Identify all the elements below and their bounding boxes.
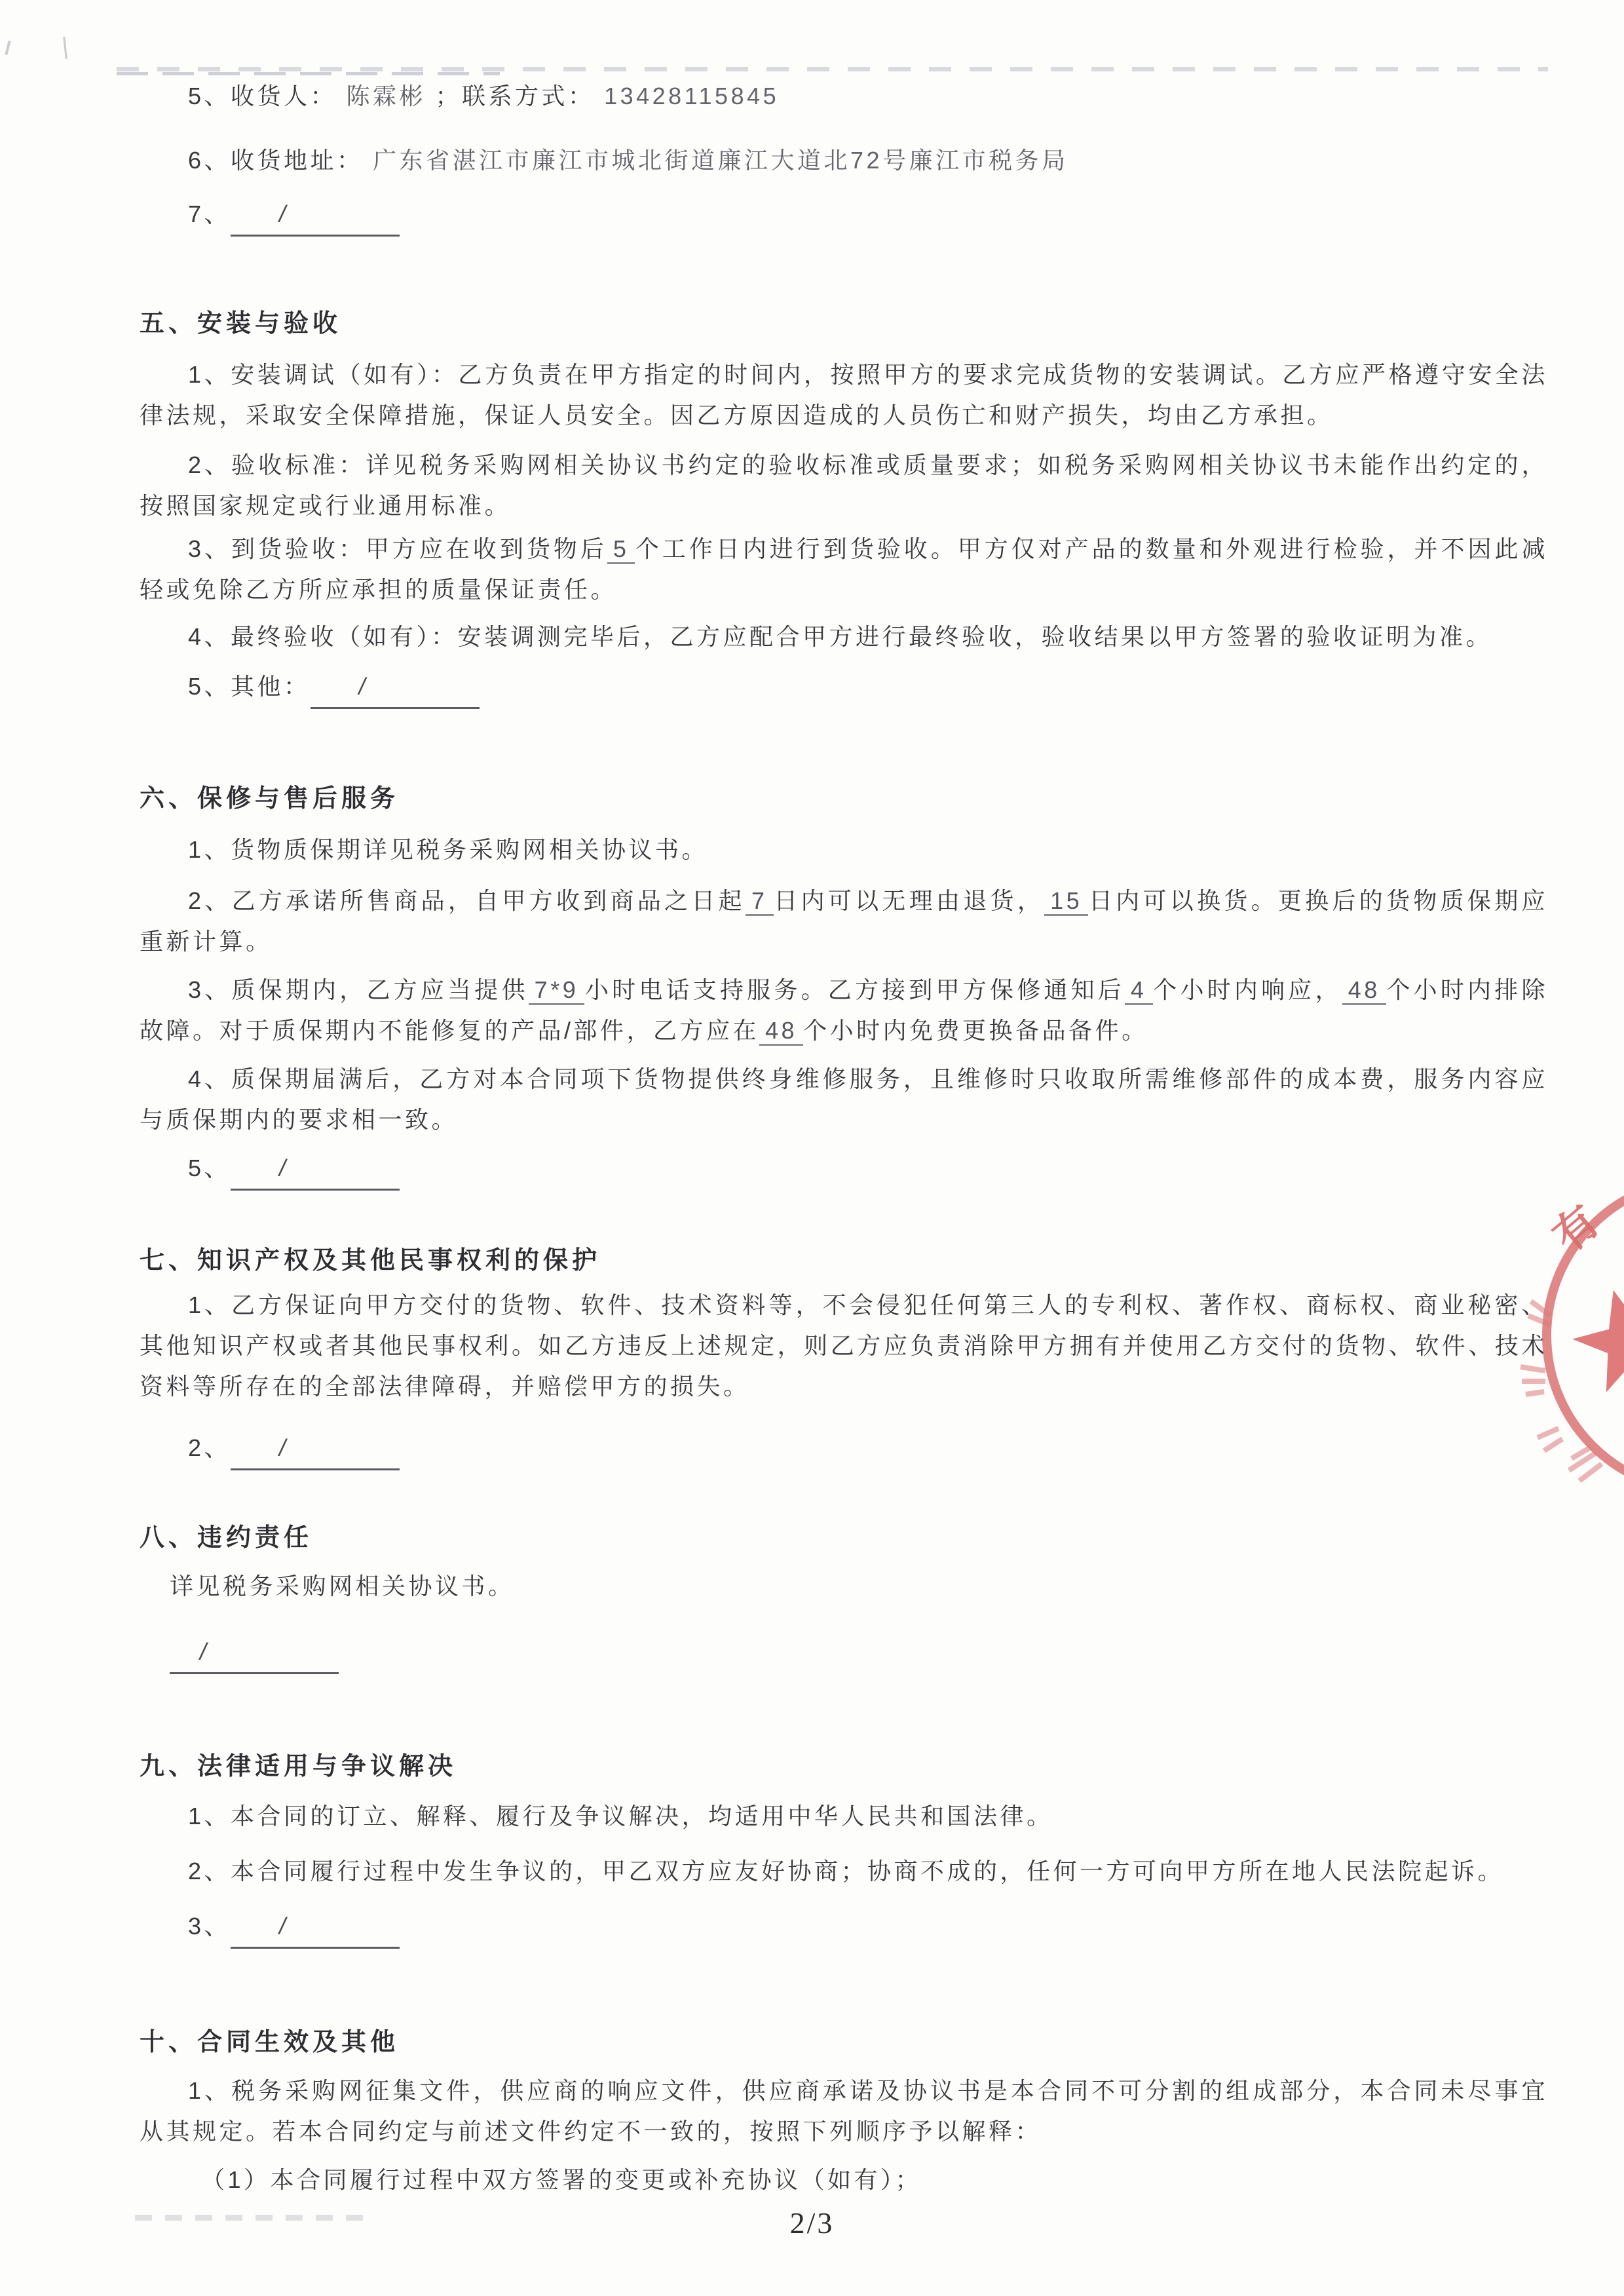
clause-paragraph: 1、本合同的订立、解释、履行及争议解决，均适用中华人民共和国法律。: [140, 1796, 1548, 1837]
clause-paragraph: 3、到货验收：甲方应在收到货物后5个工作日内进行到货验收。甲方仅对产品的数量和外…: [140, 529, 1548, 610]
seal-char: 有: [1543, 1196, 1608, 1261]
blank-fill-line: /: [231, 1428, 400, 1470]
clause-paragraph: 3、质保期内，乙方应当提供7*9小时电话支持服务。乙方接到甲方保修通知后4个小时…: [140, 970, 1548, 1051]
blank-fill-line: /: [231, 1148, 400, 1191]
section-title-10-effectiveness: 十、合同生效及其他: [140, 2022, 1548, 2063]
clause-receiver: 5、收货人： 陈霖彬 ；联系方式： 13428115845: [140, 76, 1548, 117]
blank-fill-line: /: [231, 1906, 400, 1949]
blank-fill-line: /: [170, 1632, 339, 1674]
clause-blank-7: 7、/: [140, 194, 1548, 237]
clause-blank-line: /: [140, 1632, 1548, 1674]
clause-paragraph: 4、质保期届满后，乙方对本合同项下货物提供终身维修服务，且维修时只收取所需维修部…: [140, 1059, 1548, 1140]
clause-paragraph: 1、安装调试（如有）：乙方负责在甲方指定的时间内，按照甲方的要求完成货物的安装调…: [140, 354, 1548, 436]
clause-paragraph: 1、税务采购网征集文件，供应商的响应文件，供应商承诺及协议书是本合同不可分割的组…: [140, 2071, 1548, 2152]
scan-artifact-bottom-dashes: [135, 2215, 368, 2221]
blank-fill-line: /: [231, 194, 400, 237]
blank-fill-line: /: [311, 666, 480, 709]
clause-paragraph: 2、本合同履行过程中发生争议的，甲乙双方应友好协商；协商不成的，任何一方可向甲方…: [140, 1851, 1548, 1892]
section-title-9-law-disputes: 九、法律适用与争议解决: [140, 1746, 1548, 1787]
clause-blank-3: 3、/: [140, 1906, 1548, 1949]
clause-delivery-address: 6、收货地址： 广东省湛江市廉江市城北街道廉江大道北72号廉江市税务局: [140, 140, 1548, 181]
page-number: 2/3: [0, 2206, 1624, 2240]
section-title-5-installation-acceptance: 五、安装与验收: [140, 303, 1548, 344]
company-seal-stamp: 有: [1506, 1170, 1624, 1518]
clause-paragraph: 1、乙方保证向甲方交付的货物、软件、技术资料等，不会侵犯任何第三人的专利权、著作…: [140, 1285, 1548, 1407]
section-title-7-ip-rights: 七、知识产权及其他民事权利的保护: [140, 1240, 1548, 1281]
clause-paragraph: 详见税务采购网相关协议书。: [140, 1566, 1548, 1607]
clause-paragraph: 4、最终验收（如有）：安装调测完毕后，乙方应配合甲方进行最终验收，验收结果以甲方…: [140, 617, 1548, 657]
section-title-8-breach-liability: 八、违约责任: [140, 1518, 1548, 1558]
clause-paragraph: 2、乙方承诺所售商品，自甲方收到商品之日起7日内可以无理由退货，15日内可以换货…: [140, 881, 1548, 962]
clause-subitem-1: （1）本合同履行过程中双方签署的变更或补充协议（如有）；: [140, 2160, 1548, 2200]
clause-blank-2: 2、/: [140, 1428, 1548, 1470]
clause-blank-other: 5、其他：/: [140, 666, 1548, 709]
section-title-6-warranty-service: 六、保修与售后服务: [140, 778, 1548, 819]
clause-paragraph: 2、验收标准：详见税务采购网相关协议书约定的验收标准或质量要求；如税务采购网相关…: [140, 445, 1548, 526]
contract-body: 5、收货人： 陈霖彬 ；联系方式： 13428115845 6、收货地址： 广东…: [140, 0, 1548, 2200]
seal-star-icon: [1563, 1276, 1624, 1397]
contract-scan-page: 5、收货人： 陈霖彬 ；联系方式： 13428115845 6、收货地址： 广东…: [0, 0, 1624, 2296]
scan-artifact-corner: [7, 37, 72, 63]
clause-blank-5: 5、/: [140, 1148, 1548, 1191]
clause-paragraph: 1、货物质保期详见税务采购网相关协议书。: [140, 830, 1548, 870]
